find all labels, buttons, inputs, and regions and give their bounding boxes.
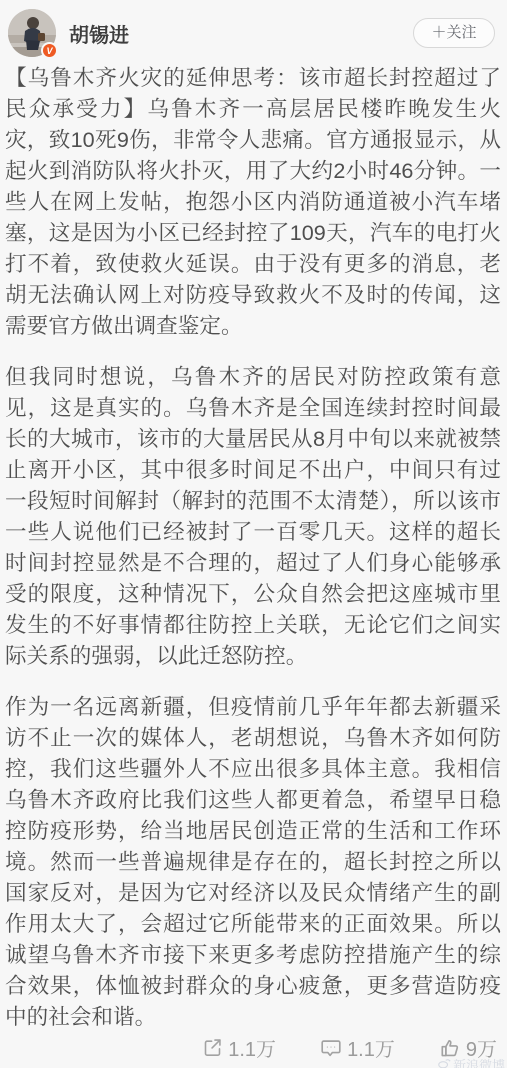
repost-button[interactable]: 1.1万 — [202, 1033, 276, 1062]
post-header: V 胡锡进 ＋关注 — [0, 0, 507, 60]
post-content: 【乌鲁木齐火灾的延伸思考：该市超长封控超过了民众承受力】乌鲁木齐一高层居民楼昨晚… — [0, 60, 507, 1032]
comment-count: 1.1万 — [347, 1033, 395, 1062]
verified-badge-icon: V — [41, 42, 58, 59]
username[interactable]: 胡锡进 — [69, 19, 129, 48]
post-paragraph: 作为一名远离新疆，但疫情前几乎年年都去新疆采访不止一次的媒体人，老胡想说，乌鲁木… — [5, 691, 501, 1032]
like-button[interactable]: 9万 — [439, 1033, 497, 1062]
share-icon — [202, 1037, 223, 1058]
post-paragraph: 但我同时想说，乌鲁木齐的居民对防控政策有意见，这是真实的。乌鲁木齐是全国连续封控… — [5, 361, 501, 671]
follow-button[interactable]: ＋关注 — [413, 18, 495, 48]
comment-button[interactable]: 1.1万 — [320, 1033, 395, 1062]
action-bar: 1.1万 1.1万 9万 — [0, 1033, 507, 1062]
repost-count: 1.1万 — [228, 1033, 276, 1062]
post-paragraph: 【乌鲁木齐火灾的延伸思考：该市超长封控超过了民众承受力】乌鲁木齐一高层居民楼昨晚… — [5, 62, 501, 341]
thumbs-up-icon — [439, 1037, 461, 1059]
like-count: 9万 — [466, 1033, 497, 1062]
comment-icon — [320, 1037, 342, 1059]
user-avatar[interactable]: V — [8, 9, 56, 57]
weibo-post: V 胡锡进 ＋关注 【乌鲁木齐火灾的延伸思考：该市超长封控超过了民众承受力】乌鲁… — [0, 0, 507, 1068]
